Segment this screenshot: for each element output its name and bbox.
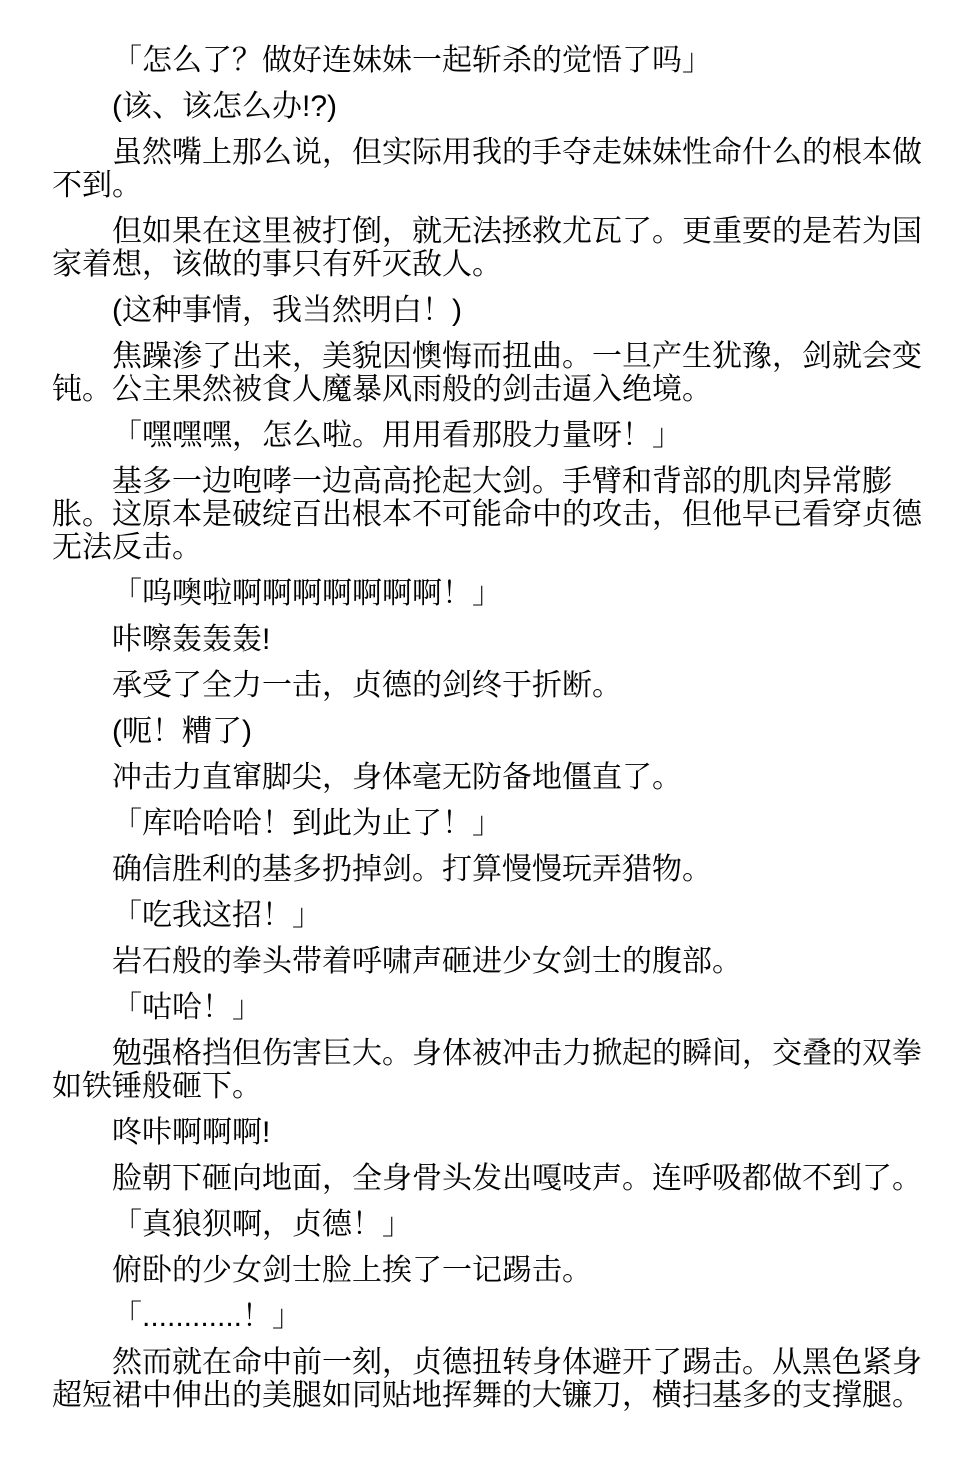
paragraph: 基多一边咆哮一边高高抡起大剑。手臂和背部的肌肉异常膨 胀。这原本是破绽百出根本不… — [52, 465, 924, 564]
paragraph: 勉强格挡但伤害巨大。身体被冲击力掀起的瞬间，交叠的双拳 如铁锤般砸下。 — [52, 1037, 924, 1103]
paragraph: 「怎么了？做好连妹妹一起斩杀的觉悟了吗」 — [52, 44, 924, 77]
paragraph: 冲击力直窜脚尖，身体毫无防备地僵直了。 — [52, 761, 924, 794]
paragraph: (该、该怎么办!?) — [52, 90, 924, 123]
paragraph: (这种事情，我当然明白！) — [52, 294, 924, 327]
paragraph: 然而就在命中前一刻，贞德扭转身体避开了踢击。从黑色紧身 超短裙中伸出的美腿如同贴… — [52, 1346, 924, 1412]
paragraph: 俯卧的少女剑士脸上挨了一记踢击。 — [52, 1254, 924, 1287]
paragraph: 「吃我这招！」 — [52, 899, 924, 932]
paragraph: 但如果在这里被打倒，就无法拯救尤瓦了。更重要的是若为国 家着想，该做的事只有歼灭… — [52, 215, 924, 281]
paragraph: 虽然嘴上那么说，但实际用我的手夺走妹妹性命什么的根本做 不到。 — [52, 136, 924, 202]
paragraph: 脸朝下砸向地面，全身骨头发出嘎吱声。连呼吸都做不到了。 — [52, 1162, 924, 1195]
paragraph: 焦躁渗了出来，美貌因懊悔而扭曲。一旦产生犹豫，剑就会变 钝。公主果然被食人魔暴风… — [52, 340, 924, 406]
paragraph: 「呜噢啦啊啊啊啊啊啊啊！」 — [52, 577, 924, 610]
novel-text-page: 「怎么了？做好连妹妹一起斩杀的觉悟了吗」 (该、该怎么办!?) 虽然嘴上那么说，… — [0, 0, 974, 1459]
paragraph: 「咕哈！」 — [52, 991, 924, 1024]
paragraph: 咔嚓轰轰轰! — [52, 623, 924, 656]
paragraph: 「嘿嘿嘿，怎么啦。用用看那股力量呀！」 — [52, 419, 924, 452]
paragraph: 「真狼狈啊，贞德！」 — [52, 1208, 924, 1241]
paragraph: 咚咔啊啊啊! — [52, 1116, 924, 1149]
paragraph: 岩石般的拳头带着呼啸声砸进少女剑士的腹部。 — [52, 945, 924, 978]
paragraph: (呃！糟了) — [52, 715, 924, 748]
paragraph: 承受了全力一击，贞德的剑终于折断。 — [52, 669, 924, 702]
paragraph: 「............！」 — [52, 1300, 924, 1333]
paragraph: 确信胜利的基多扔掉剑。打算慢慢玩弄猎物。 — [52, 853, 924, 886]
paragraph: 「库哈哈哈！到此为止了！」 — [52, 807, 924, 840]
